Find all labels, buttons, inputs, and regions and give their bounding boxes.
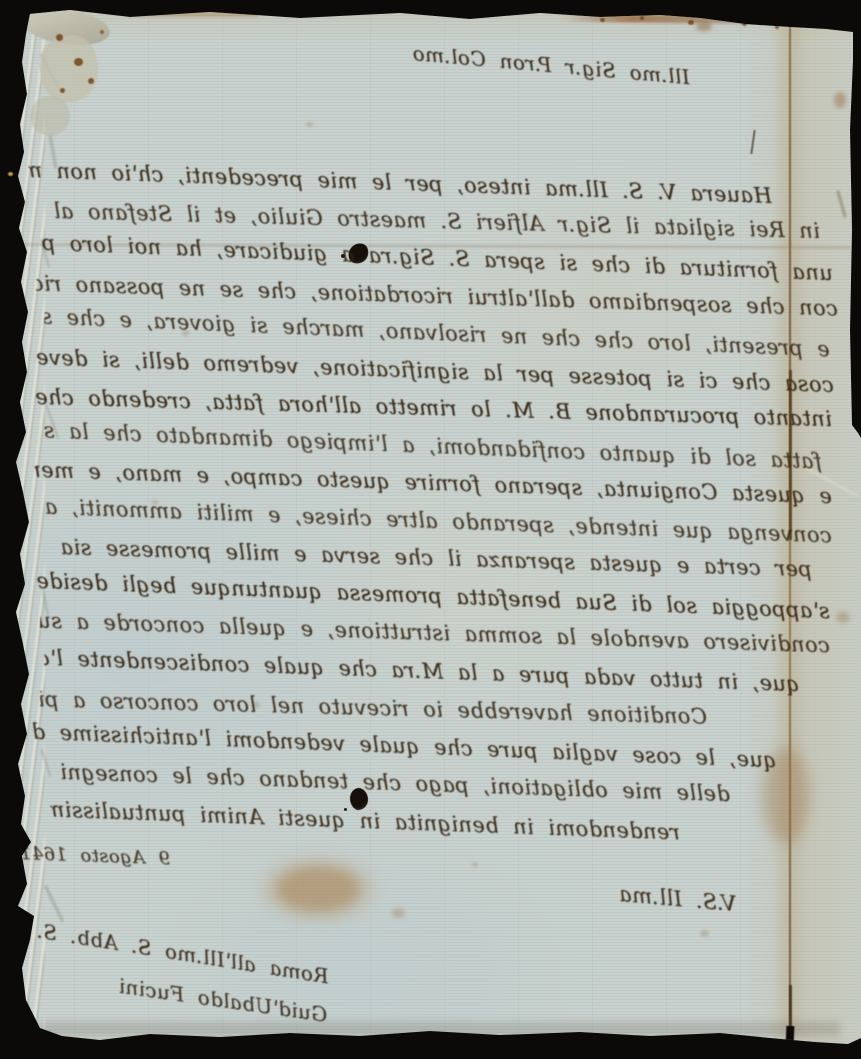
letter-paper: Ill.mo Sig.r P.ron Col.moHauera V. S. Il… — [0, 0, 861, 1059]
date-line: 9 Agosto 1641 — [35, 840, 170, 879]
closing-line: V.S. Ill.ma — [617, 879, 738, 923]
scanned-letter-page: Ill.mo Sig.r P.ron Col.moHauera V. S. Il… — [0, 0, 861, 1059]
heading-line: Ill.mo Sig.r P.ron Col.mo — [454, 42, 691, 96]
paper-fleck — [8, 172, 13, 176]
handwriting-lines: Ill.mo Sig.r P.ron Col.moHauera V. S. Il… — [0, 0, 861, 1059]
